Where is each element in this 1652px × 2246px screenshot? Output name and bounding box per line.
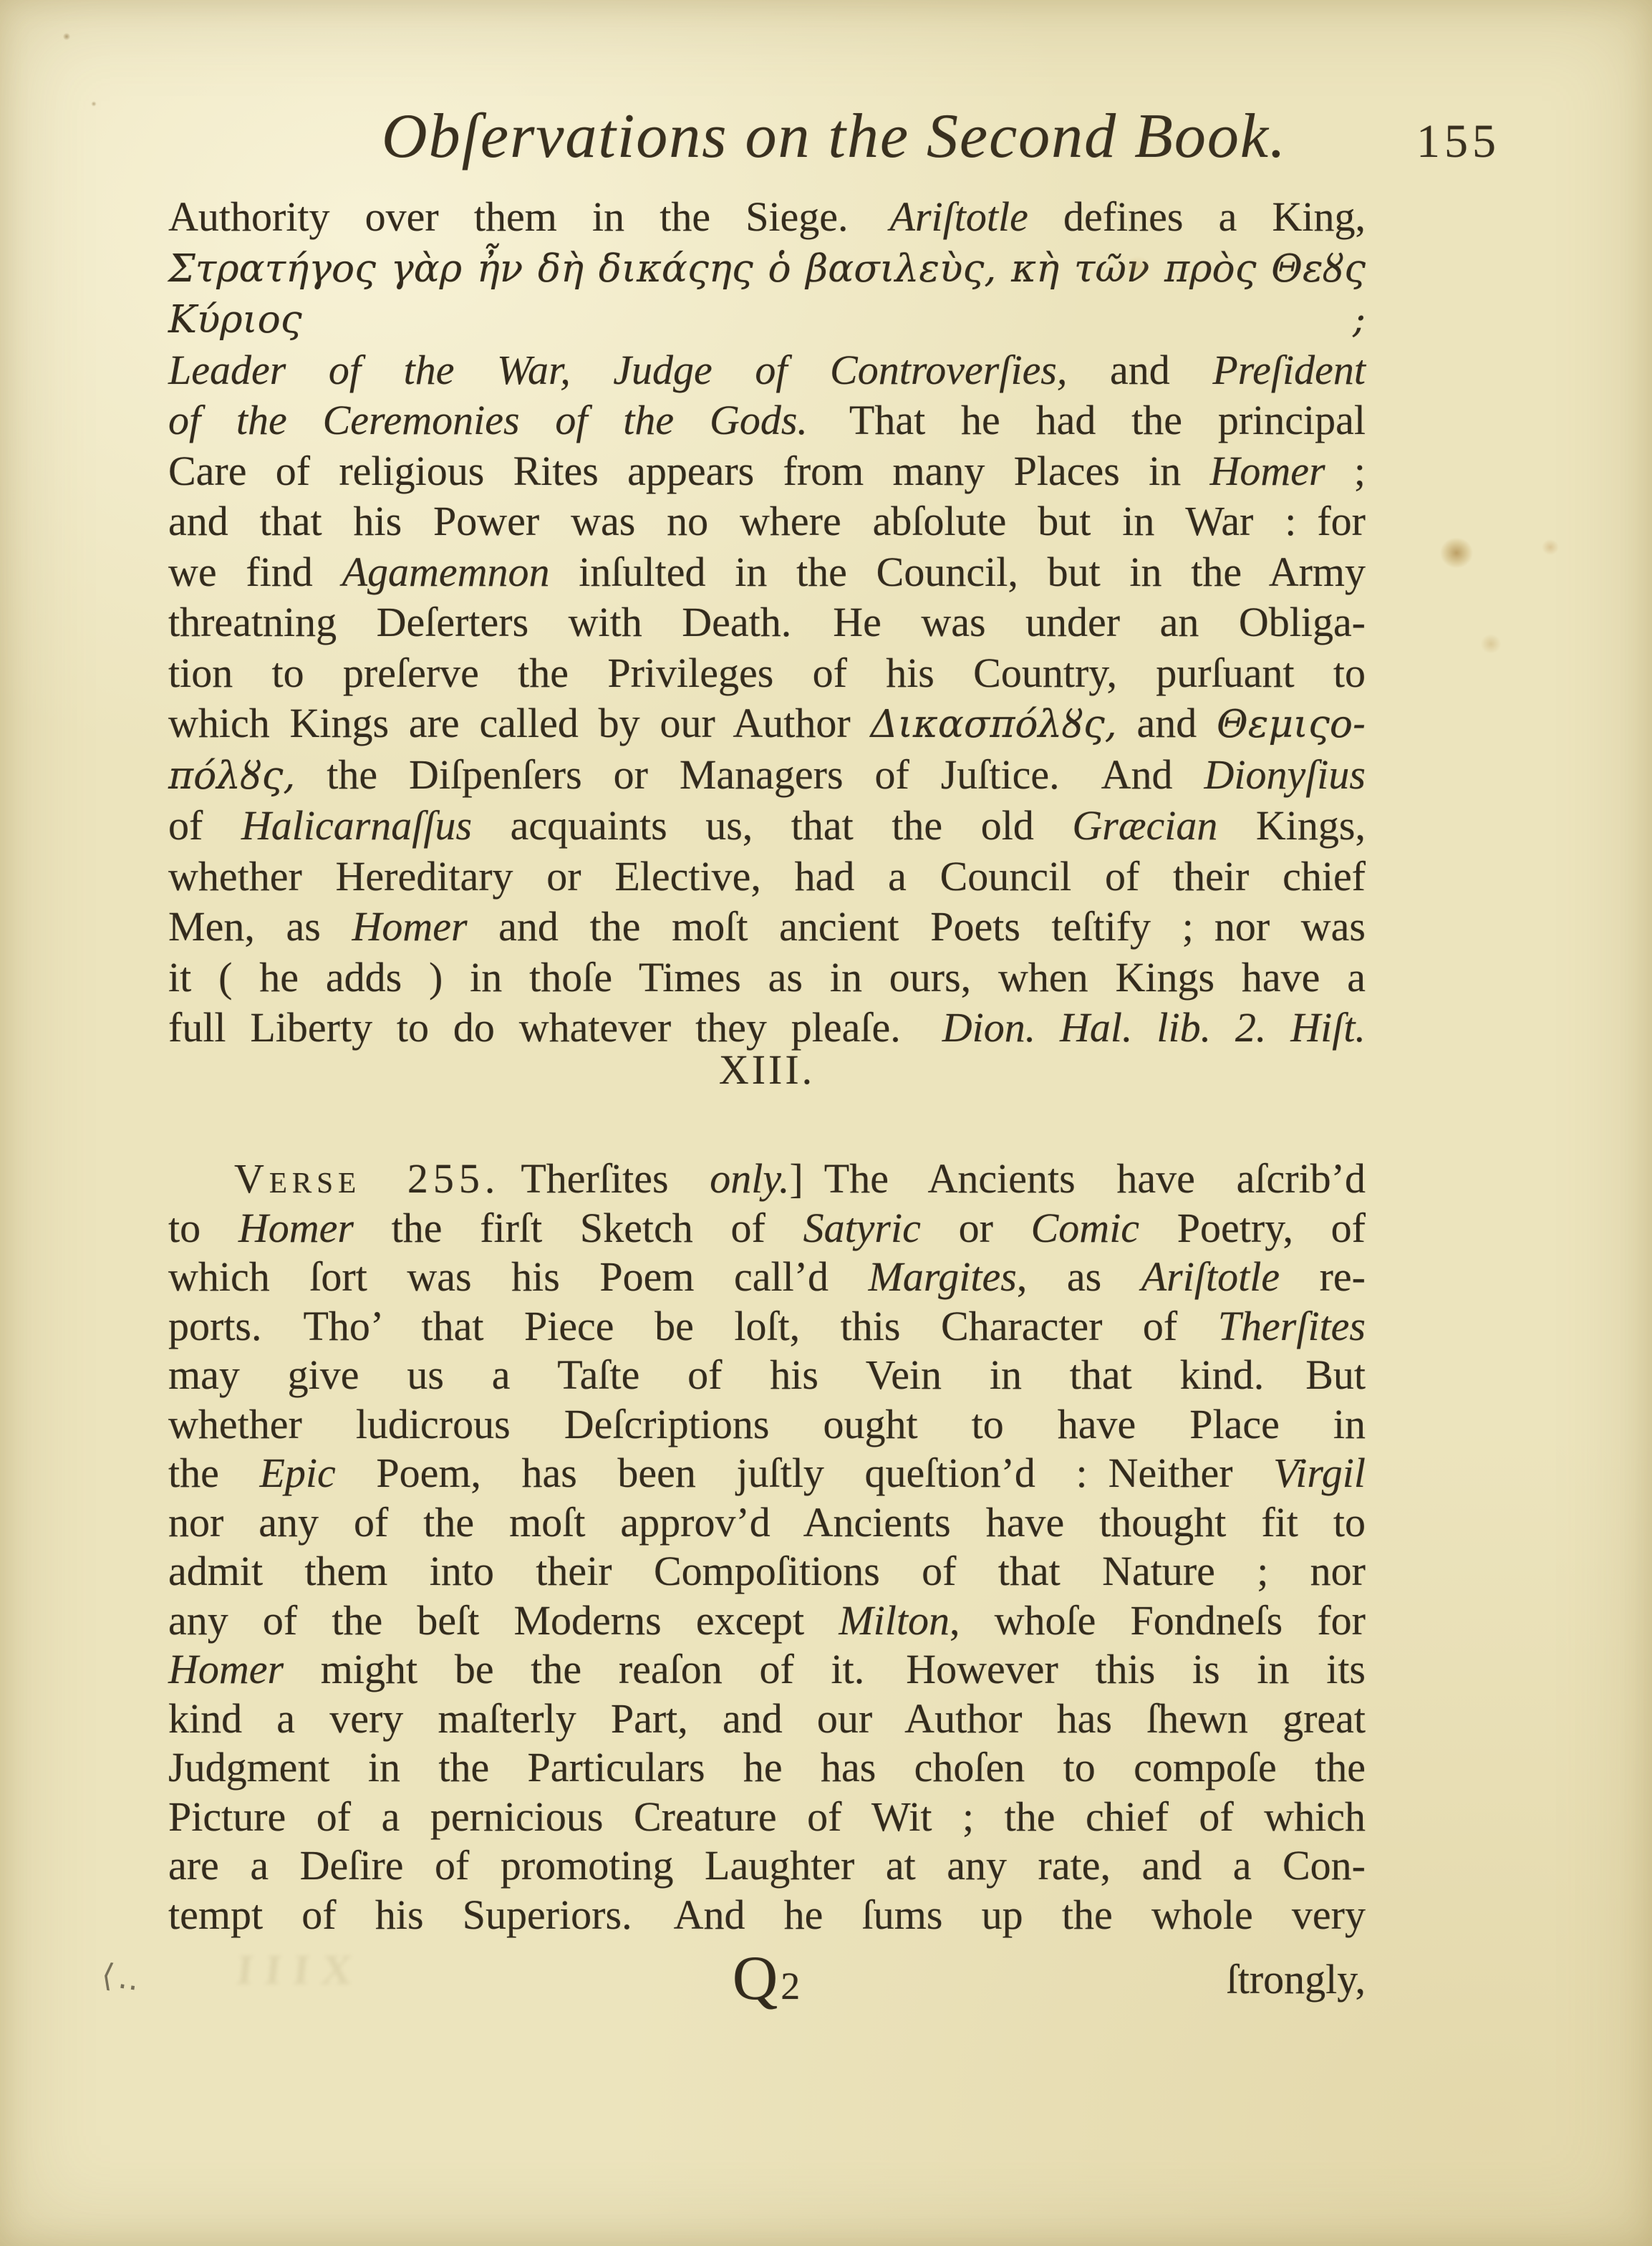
text-line: Leader of the War, Judge of Controverſie… [168, 345, 1366, 396]
text-line: Men, as Homer and the moſt ancient Poets… [168, 902, 1366, 953]
text-line: Care of religious Rites appears from man… [168, 446, 1366, 497]
footer-line: Q 2 ſtrongly, [168, 1942, 1366, 2043]
paragraph-verse-255: Verse 255. Therſites only.] The Ancients… [168, 1155, 1366, 1939]
text-line: Authority over them in the Siege. Ariſto… [168, 192, 1366, 243]
text-line: which Kings are called by our Author Δικ… [168, 698, 1366, 750]
text-line: we find Agamemnon inſulted in the Counci… [168, 547, 1366, 598]
text-line: Judgment in the Particulars he has choſe… [168, 1743, 1366, 1793]
page-title: Obſervations on the Second Book. [168, 97, 1500, 176]
text-line: kind a very maſterly Part, and our Autho… [168, 1695, 1366, 1744]
text-line: tion to preſerve the Privileges of his C… [168, 648, 1366, 699]
text-line: Picture of a pernicious Creature of Wit … [168, 1793, 1366, 1842]
text-line: ports. Tho’ that Piece be loſt, this Cha… [168, 1302, 1366, 1351]
page-number: 155 [1416, 115, 1500, 169]
foxing-spot [62, 32, 72, 42]
text-line: nor any of the moſt approv’d Ancients ha… [168, 1498, 1366, 1548]
text-line: of the Ceremonies of the Gods. That he h… [168, 395, 1366, 446]
text-line: Verse 255. Therſites only.] The Ancients… [168, 1155, 1366, 1204]
foxing-spot [90, 100, 97, 107]
section-heading-xiii: XIII. [168, 1046, 1366, 1094]
book-page-scan: Obſervations on the Second Book. 155 Aut… [0, 0, 1652, 2246]
text-line: threatning Deſerters with Death. He was … [168, 597, 1366, 648]
text-line: which ſort was his Poem call’d Margites,… [168, 1253, 1366, 1302]
signature-letter: Q [733, 1944, 778, 2013]
text-line: and that his Power was no where abſolute… [168, 496, 1366, 547]
text-line: πόλȣς, the Diſpenſers or Managers of Juſ… [168, 750, 1366, 801]
foxing-spot [1477, 630, 1505, 657]
text-line: are a Deſire of promoting Laughter at an… [168, 1841, 1366, 1891]
text-line: admit them into their Compoſitions of th… [168, 1547, 1366, 1596]
text-line: Homer might be the reaſon of it. However… [168, 1645, 1366, 1695]
text-line: whether Hereditary or Elective, had a Co… [168, 852, 1366, 902]
text-line: the Epic Poem, has been juſtly queſtion’… [168, 1449, 1366, 1498]
text-line: any of the beſt Moderns except Milton, w… [168, 1596, 1366, 1646]
text-line: of Halicarnaſſus acquaints us, that the … [168, 801, 1366, 852]
printer-signature: Q 2 [168, 1942, 1366, 2015]
text-line: it ( he adds ) in thoſe Times as in ours… [168, 953, 1366, 1003]
pencil-mark: ⟨‥ [100, 1957, 146, 1999]
text-line: tempt of his Superiors. And he ſums up t… [168, 1891, 1366, 1940]
catchword: ſtrongly, [1227, 1955, 1366, 2003]
signature-number: 2 [781, 1965, 801, 2008]
text-line: whether ludicrous Deſcriptions ought to … [168, 1400, 1366, 1450]
running-header: Obſervations on the Second Book. 155 [168, 97, 1500, 191]
paragraph-observations-xii: Authority over them in the Siege. Ariſto… [168, 192, 1366, 1054]
text-line: Στρατήγος γὰρ ἦν δὴ δικάςης ὁ βασιλεὺς, … [168, 243, 1366, 345]
foxing-spot [1434, 531, 1479, 574]
foxing-spot [1538, 536, 1562, 559]
text-line: to Homer the firſt Sketch of Satyric or … [168, 1204, 1366, 1253]
text-line: may give us a Taſte of his Vein in that … [168, 1351, 1366, 1400]
